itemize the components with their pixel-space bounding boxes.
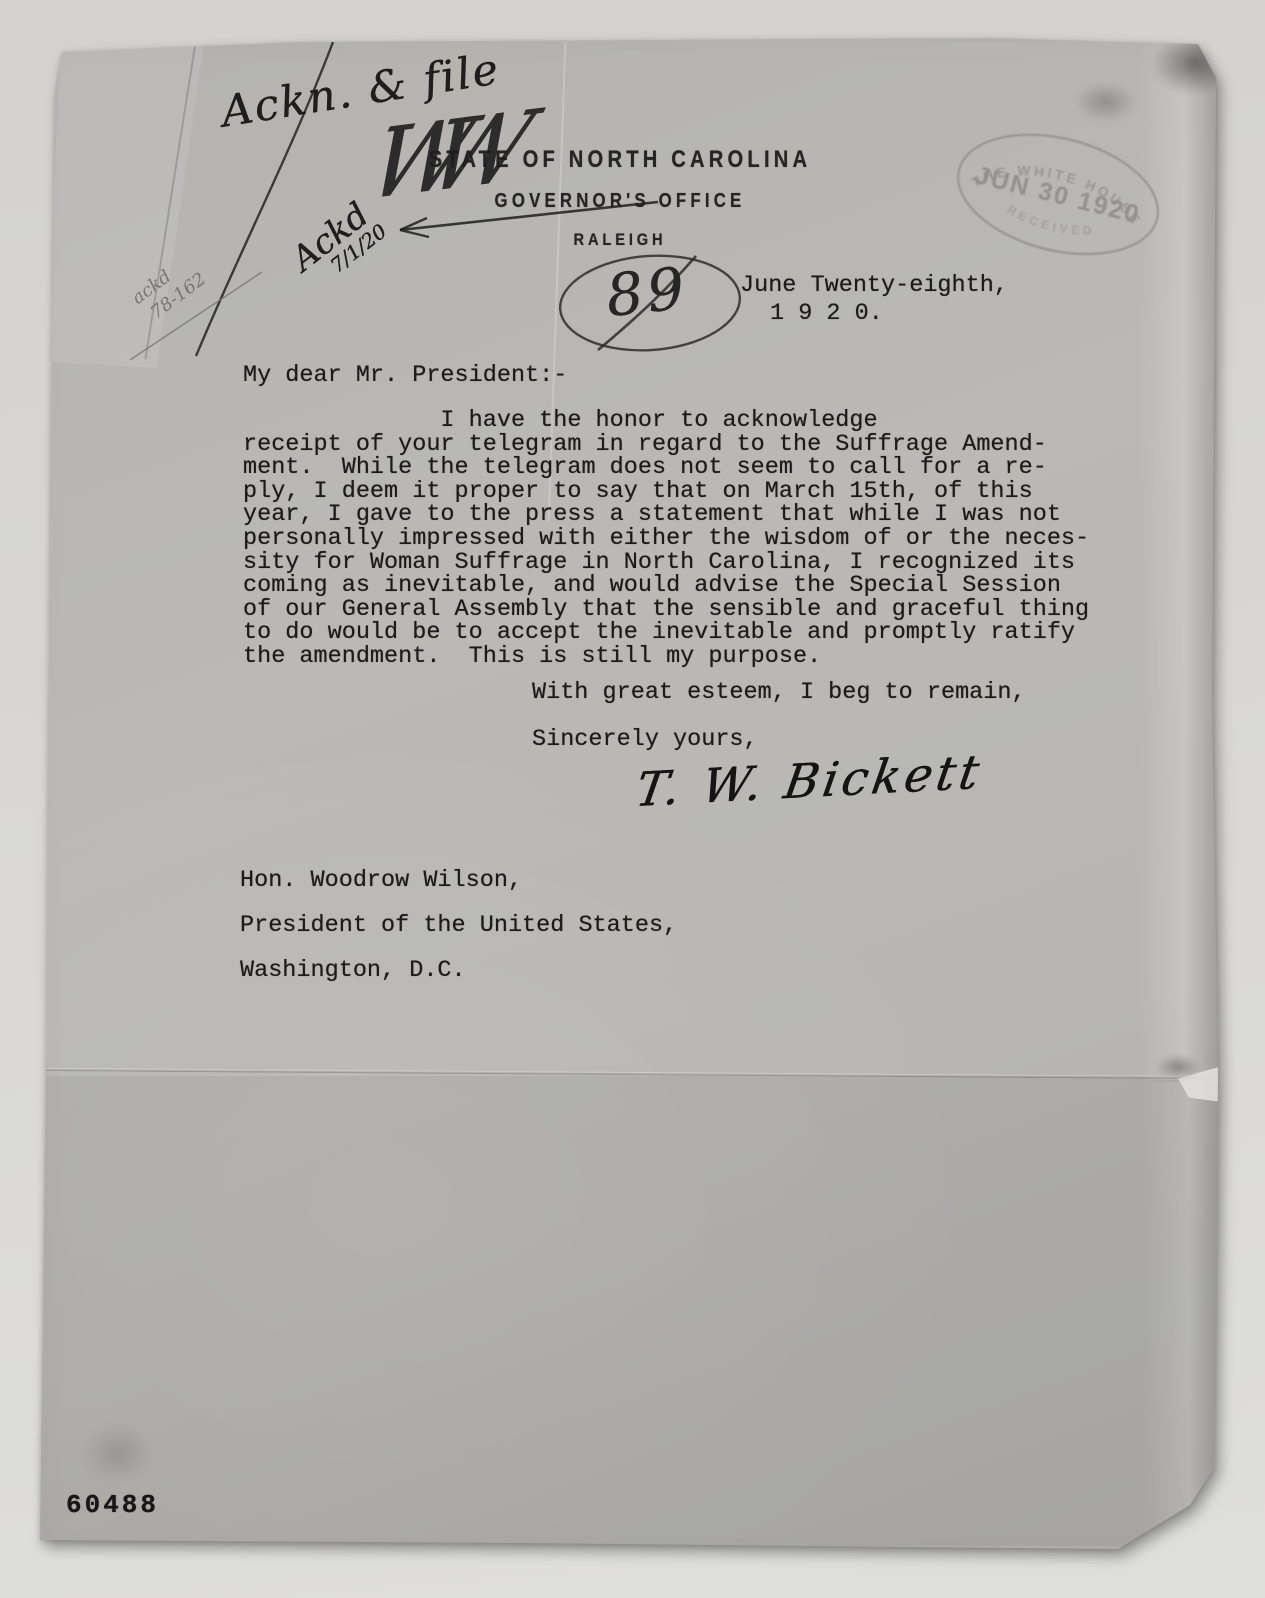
body-line: the amendment. This is still my purpose. — [243, 645, 1089, 669]
document-scan-background: STATE OF NORTH CAROLINA GOVERNOR'S OFFIC… — [0, 0, 1265, 1598]
body-line: receipt of your telegram in regard to th… — [243, 433, 1089, 457]
address-title-line: President of the United States, — [240, 903, 677, 948]
body-line: I have the honor to acknowledge — [243, 409, 1089, 433]
body-line: sity for Woman Suffrage in North Carolin… — [243, 551, 1089, 575]
body-line: personally impressed with either the wis… — [243, 527, 1089, 551]
letter-paper: STATE OF NORTH CAROLINA GOVERNOR'S OFFIC… — [0, 0, 1265, 1598]
address-block: Hon. Woodrow Wilson, President of the Un… — [240, 858, 677, 993]
address-city-line: Washington, D.C. — [240, 948, 677, 993]
archive-number: 60488 — [66, 1490, 159, 1520]
letter-body: I have the honor to acknowledge receipt … — [243, 409, 1089, 669]
date-line-1: June Twenty-eighth, — [740, 272, 1008, 299]
body-line: coming as inevitable, and would advise t… — [243, 574, 1089, 598]
closing-sincerely-line: Sincerely yours, — [532, 726, 758, 753]
circled-serial-number: 89 — [603, 254, 691, 330]
body-line: of our General Assembly that the sensibl… — [243, 598, 1089, 622]
closing-esteem-line: With great esteem, I beg to remain, — [532, 679, 1026, 706]
date-line-2: 1 9 2 0. — [770, 300, 883, 327]
body-line: ment. While the telegram does not seem t… — [243, 456, 1089, 480]
address-name-line: Hon. Woodrow Wilson, — [240, 858, 677, 903]
letterhead-city-line: RALEIGH — [362, 230, 878, 250]
body-line: year, I gave to the press a statement th… — [243, 503, 1089, 527]
letter-paper-wrap: STATE OF NORTH CAROLINA GOVERNOR'S OFFIC… — [0, 0, 1265, 1598]
body-line: ply, I deem it proper to say that on Mar… — [243, 480, 1089, 504]
body-line: to do would be to accept the inevitable … — [243, 621, 1089, 645]
salutation-line: My dear Mr. President:- — [243, 362, 567, 389]
